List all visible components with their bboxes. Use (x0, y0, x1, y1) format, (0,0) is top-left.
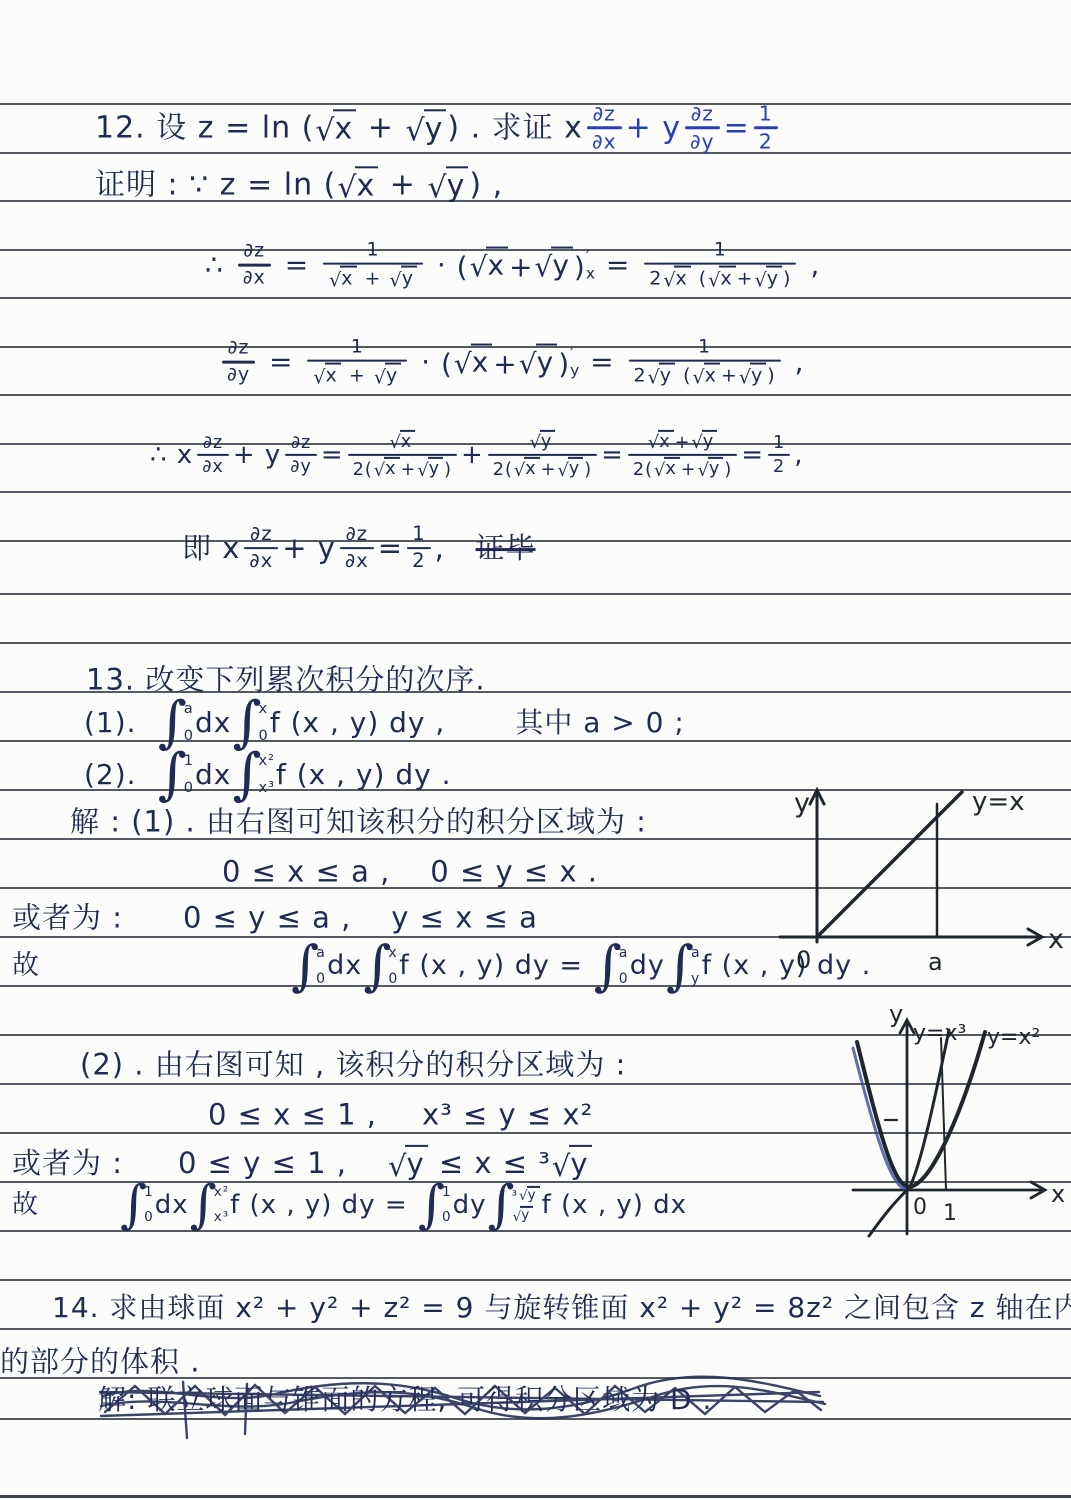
txt-segment: + (681, 460, 697, 480)
den-segment: 2√x (√x+√y) (644, 266, 796, 290)
ihi-segment: 1 (144, 1186, 154, 1200)
num-segment: 1 (407, 523, 431, 546)
ilo-segment: 0 (442, 1211, 452, 1225)
q13-sol1-region2: 或者为 :0 ≤ y ≤ a ,y ≤ x ≤ a (12, 901, 538, 936)
sqrt-segment: √y (405, 109, 446, 146)
den-segment: ∂x (197, 457, 229, 477)
curve-label-y-equals-x3: y=x³ (913, 1021, 966, 1046)
q12-conclusion: 即 x∂z∂x+ y∂z∂x=12, 证毕 (182, 523, 536, 573)
ilo-segment: 0 (619, 972, 629, 986)
frac-segment: ∂z∂x (340, 523, 374, 573)
frac-segment: 1√x + √y (323, 240, 423, 291)
frac-segment: ∂z∂y (285, 432, 317, 477)
ilims-segment: x²x³ (214, 1183, 229, 1227)
txt-segment: f (x , y) dy . (276, 758, 452, 792)
txt-segment: 或者为 : (12, 901, 123, 936)
ssbase-segment: (√x+√y) (441, 343, 570, 381)
ilo-segment: 0 (388, 972, 398, 986)
one-tick-label: 1 (943, 1201, 957, 1226)
rsign-segment: √ (405, 117, 425, 147)
rsign-segment: √ (337, 174, 357, 204)
ssbase-segment: (√x+√y) (457, 246, 586, 284)
txt-segment: 2( (353, 460, 373, 480)
txt-segment: + (358, 269, 389, 291)
txt-segment: 2 (649, 269, 662, 291)
ilo-segment: 0 (184, 781, 194, 796)
rad-segment: y (540, 430, 555, 453)
q12-proof-given: 证明 : ∵ z = ln (√x + √y) , (95, 166, 503, 203)
ihi-segment: 1 (442, 1186, 452, 1200)
q13-sol2-region1: 0 ≤ x ≤ 1 ,x³ ≤ y ≤ x² (208, 1098, 593, 1133)
ilo-segment: y (691, 972, 701, 986)
fbar-segment (488, 454, 597, 457)
txt-segment: ) (558, 347, 570, 380)
txt-segment: , (800, 248, 820, 282)
rad-segment: x (664, 457, 679, 480)
txt-segment: f (x , y) dy = (230, 1189, 417, 1220)
sqrt-segment: √x (470, 246, 508, 281)
q12-dzdy: ∂z∂y = 1√x + √y · (√x+√y)′y = 12√y (√x+√… (218, 337, 805, 388)
sqrt-segment: √x (389, 430, 415, 453)
txt-segment: dx (327, 950, 362, 982)
fbar-segment (629, 359, 781, 362)
rad-segment: y (766, 266, 782, 290)
txt-segment: · (427, 248, 457, 282)
origin-label: 0 (796, 946, 811, 974)
fbar-segment (628, 454, 737, 457)
num-segment: 1 (361, 240, 384, 262)
origin-label: 0 (913, 1195, 927, 1220)
txt-segment: dy (453, 1189, 487, 1220)
a-tick-label: a (928, 948, 943, 976)
fbar-segment (348, 454, 457, 457)
rad-segment: y (520, 1206, 533, 1224)
sqrt-segment: √x (315, 109, 356, 146)
frac-segment: 1√x + √y (307, 337, 407, 388)
rad-segment: x (400, 430, 415, 453)
rad-segment: x (471, 343, 493, 378)
notebook-page: 12. 设 z = ln (√x + √y) . 求证 x∂z∂x+ y∂z∂y… (0, 0, 1071, 1500)
txt-segment: 0 ≤ x ≤ 1 , (208, 1098, 377, 1133)
frac-segment: 12√x (√x+√y) (644, 240, 796, 291)
rad-segment: x (524, 457, 539, 480)
sqrt-segment: √y (374, 363, 401, 387)
den-segment: ∂x (587, 130, 622, 153)
q13-item2: (2).∫10dx∫x²x³f (x , y) dy . (84, 751, 452, 799)
int-segment: ∫10 (158, 751, 194, 799)
x-axis-label: x (1048, 924, 1064, 955)
txt-segment: , (785, 345, 805, 379)
frac-segment: ∂z∂y (685, 102, 720, 153)
txt-segment: ) . 求证 x (447, 110, 583, 146)
txt-segment: 证明 : ∵ z = ln ( (95, 167, 336, 203)
diagram-region-y-equals-x: y x 0 a y=x (772, 782, 1068, 982)
ilims-segment: 10 (184, 751, 194, 799)
int-segment: ∫a0 (594, 943, 629, 989)
frac-segment: 12 (754, 102, 778, 153)
txt-segment: ( (441, 347, 453, 380)
txt-segment: (2) . 由右图可知 , 该积分的积分区域为 : (80, 1048, 626, 1083)
txt-segment: = (321, 439, 344, 470)
diagram-region-x3-x2: y x 0 1 y=x³ y=x² (845, 1008, 1071, 1240)
sqrt-segment: √x (329, 266, 356, 290)
frac-segment: ∂z∂x (238, 241, 271, 289)
txt-segment: (1). (84, 706, 137, 740)
q13-sol2-intro: (2) . 由右图可知 , 该积分的积分区域为 : (80, 1048, 626, 1083)
num-segment: 1 (768, 432, 790, 452)
q13-item1: (1).∫a0dx∫x0f (x , y) dy ,其中 a > 0 ; (84, 699, 685, 747)
txt-segment: ) (444, 460, 452, 480)
fbar-segment (307, 359, 407, 362)
num-segment: 1 (754, 102, 778, 125)
txt-segment: ) (724, 460, 732, 480)
rad-segment: x (486, 246, 508, 281)
txt-segment: (2). (84, 758, 137, 792)
num-segment: ∂z (686, 102, 719, 125)
rad-segment: y (750, 363, 766, 387)
den-segment: ∂x (340, 550, 374, 573)
txt-segment: = (601, 439, 624, 470)
txt-segment: + (461, 439, 484, 470)
ssstack-segment: ′y (570, 345, 580, 378)
curve-label-y-equals-x: y=x (972, 787, 1025, 817)
ssdn-segment: x (586, 265, 596, 281)
txt-segment: dx (195, 758, 231, 792)
rad-segment: x (325, 363, 341, 387)
num-segment: ∂z (223, 338, 255, 360)
ihi-segment: x (259, 702, 269, 717)
num-segment: ∂z (341, 523, 374, 546)
rad-segment: y (424, 109, 447, 146)
txt-segment: ( (457, 250, 469, 283)
sqrt-segment: √y (513, 1206, 534, 1224)
sqrt-segment: √x (337, 166, 378, 203)
rad-segment: y (569, 1145, 591, 1181)
ruled-line (0, 1279, 1071, 1281)
ruled-line (0, 1495, 1071, 1498)
txt-segment: + (721, 366, 738, 388)
txt-segment: 14. 求由球面 x² + y² + z² = 9 与旋转锥面 x² + y² … (52, 1291, 1071, 1325)
sqrt-segment: √y (417, 457, 443, 480)
rsign-segment: √ (427, 174, 447, 204)
sqrt-segment: √x (514, 457, 540, 480)
txt-segment: + (509, 250, 533, 283)
ruled-line (0, 394, 1071, 396)
txt-segment: + (342, 366, 373, 388)
q13-sol2-result: 故∫10dx∫x²x³f (x , y) dy = ∫10dy∫³√y√yf (… (12, 1183, 687, 1227)
txt-segment: ∴ (205, 248, 234, 282)
rad-segment: y (702, 430, 717, 453)
txt-segment: 故 (12, 950, 40, 982)
txt-segment: 12. 设 z = ln ( (95, 110, 314, 146)
q13-sol1-result: 故∫a0dx∫x0f (x , y) dy = ∫a0dy∫ayf (x , y… (12, 943, 871, 989)
sqrt-segment: √x (708, 266, 735, 290)
frac-segment: 12 (768, 432, 790, 477)
ilo-segment: x³ (214, 1211, 229, 1225)
sqrt-segment: √y (530, 430, 556, 453)
ilims-segment: a0 (316, 943, 326, 989)
txt-segment: + (737, 269, 754, 291)
txt-segment: = (275, 248, 319, 282)
rad-segment: y (428, 457, 443, 480)
ihi-segment: a (316, 946, 326, 960)
frac-segment: 12 (407, 523, 431, 573)
num-segment: ∂z (245, 523, 278, 546)
txt-segment: + y (233, 439, 281, 470)
q13-title: 13. 改变下列累次积分的次序. (86, 663, 486, 698)
ihi-segment: 1 (184, 754, 194, 769)
scribble-strikeout (95, 1372, 855, 1442)
sqrt-segment: √y (390, 266, 417, 290)
sqrt-segment: √y (557, 457, 583, 480)
txt-segment: dx (155, 1189, 189, 1220)
int-segment: ∫x²x³ (190, 1183, 230, 1227)
txt-segment: 故 (12, 1189, 39, 1220)
q13-sol1-region1: 0 ≤ x ≤ a ,0 ≤ y ≤ x . (222, 855, 598, 890)
sqrt-segment: √y (427, 166, 468, 203)
rad-segment: y (659, 363, 675, 387)
sqrt-segment: √y (755, 266, 782, 290)
rad-segment: x (719, 266, 735, 290)
den-segment: ∂y (685, 130, 720, 153)
txt-segment: ) (574, 250, 586, 283)
ilims-segment: a0 (184, 699, 194, 747)
rad-segment: y (551, 246, 573, 281)
rad-segment: y (708, 457, 723, 480)
den-segment: ∂y (222, 364, 255, 386)
int-segment: ∫x²x³ (232, 751, 275, 799)
ihi-segment: ³√y (512, 1186, 541, 1204)
sqrt-segment: √y (534, 246, 572, 281)
txt-segment: dx (195, 706, 231, 740)
txt-segment: + y (282, 531, 336, 566)
txt-segment: f (x , y) dy = (399, 950, 592, 982)
frac-segment: √y2(√x+√y) (488, 430, 597, 480)
txt-segment: 0 ≤ x ≤ a , (222, 855, 390, 890)
num-segment: ∂z (238, 241, 270, 263)
ssdn-segment: y (570, 362, 580, 378)
num-segment: √x+√y (642, 430, 723, 453)
frac-segment: √x+√y2(√x+√y) (628, 430, 737, 480)
num-segment: 1 (709, 240, 732, 262)
frac-segment: ∂z∂x (197, 432, 229, 477)
rad-segment: x (704, 363, 720, 387)
ss-segment: (√x+√y)′y (441, 343, 580, 381)
txt-segment: ( (676, 366, 691, 388)
x-axis-label: x (1051, 1180, 1065, 1208)
txt-segment: 解 : (1) . 由右图可知该积分的积分区域为 : (70, 805, 647, 840)
int-segment: ∫x0 (363, 943, 398, 989)
sqrt-segment: √x (693, 363, 720, 387)
sqrt-segment: √x (654, 457, 680, 480)
fbar-segment (197, 454, 229, 457)
rad-segment: x (333, 109, 356, 146)
curve-label-y-equals-x2: y=x² (987, 1025, 1040, 1050)
fbar-segment (768, 454, 790, 457)
frac-segment: ∂z∂y (222, 338, 255, 386)
txt-segment: ) , (469, 167, 503, 203)
curve-y-equals-x2-blue-stroke (853, 1048, 906, 1189)
ihi-segment: a (619, 946, 629, 960)
txt-segment: ) (767, 366, 775, 388)
y-axis-label: y (889, 1008, 903, 1028)
ruled-line (0, 491, 1071, 493)
rad-segment: x (355, 166, 378, 203)
sqrt-segment: √y (648, 363, 675, 387)
sqrt-segment: √x (374, 457, 400, 480)
ilims-segment: ay (691, 943, 701, 989)
q14-statement: 14. 求由球面 x² + y² + z² = 9 与旋转锥面 x² + y² … (52, 1291, 1071, 1325)
ihi-segment: x² (259, 754, 275, 769)
txt-segment: + (493, 347, 517, 380)
txt-segment: 或者为 : (12, 1146, 123, 1181)
den-segment: 2 (754, 130, 778, 153)
txt-segment: = (259, 345, 303, 379)
txt-segment: ( (692, 269, 707, 291)
int-segment: ∫³√y√y (487, 1183, 540, 1227)
int-segment: ∫10 (418, 1183, 452, 1227)
ruled-line (0, 297, 1071, 299)
sqrt-segment: √y (519, 1186, 540, 1204)
sqrt-segment: √y (552, 1145, 592, 1181)
txt-segment: ³ (512, 1190, 518, 1204)
num-segment: 1 (693, 337, 716, 359)
txt-segment: dy (630, 950, 665, 982)
txt-segment: + (401, 460, 417, 480)
txt-segment: 2( (493, 460, 513, 480)
txt-segment: + (379, 167, 426, 203)
num-segment: ∂z (286, 432, 316, 452)
txt-segment: , (794, 439, 803, 470)
den-segment: ∂x (244, 550, 278, 573)
ilo-segment: 0 (144, 1211, 154, 1225)
rad-segment: y (568, 457, 583, 480)
txt-segment: 0 ≤ y ≤ x . (430, 855, 598, 890)
line-y-equals-x (817, 792, 962, 937)
sqrt-segment: √y (519, 343, 557, 378)
num-segment: √x (383, 430, 421, 453)
txt-segment: + y (626, 110, 681, 146)
sqrt-segment: √y (739, 363, 766, 387)
txt-segment: = (580, 345, 624, 379)
rad-segment: y (401, 266, 417, 290)
rad-segment: x (658, 430, 673, 453)
num-segment: √y (524, 430, 562, 453)
txt-segment: f (x , y) dy , (270, 706, 446, 740)
curve-y-equals-x2 (857, 1032, 985, 1187)
txt-segment: · (411, 345, 441, 379)
txt-segment: ) (584, 460, 592, 480)
rad-segment: y (385, 363, 401, 387)
ssstack-segment: ′x (586, 248, 596, 281)
ssup-segment: ′ (570, 345, 580, 361)
den-segment: √x + √y (307, 363, 407, 387)
q13-sol1-intro: 解 : (1) . 由右图可知该积分的积分区域为 : (70, 805, 647, 840)
txt-segment: ∴ x (150, 439, 193, 470)
ilims-segment: x0 (259, 699, 269, 747)
ilo-segment: x³ (259, 781, 275, 796)
frac-segment: ∂z∂x (587, 102, 622, 153)
txt-segment: 证毕 (476, 531, 536, 566)
ilims-segment: ³√y√y (512, 1183, 541, 1227)
int-segment: ∫x0 (232, 699, 268, 747)
ssup-segment: ′ (586, 248, 596, 264)
sqrt-segment: √x (663, 266, 690, 290)
rad-segment: x (674, 266, 690, 290)
ruled-line (0, 593, 1071, 595)
int-segment: ∫a0 (158, 699, 194, 747)
int-segment: ∫10 (120, 1183, 154, 1227)
txt-segment: = (378, 531, 403, 566)
rad-segment: y (446, 166, 469, 203)
num-segment: ∂z (588, 102, 621, 125)
fbar-segment (285, 454, 317, 457)
ilims-segment: 10 (144, 1183, 154, 1227)
ihi-segment: a (691, 946, 701, 960)
frac-segment: √x2(√x+√y) (348, 430, 457, 480)
num-segment: 1 (346, 337, 369, 359)
txt-segment: ) (783, 269, 791, 291)
txt-segment: + (357, 110, 404, 146)
sqrt-segment: √x (454, 343, 492, 378)
ss-segment: (√x+√y)′x (457, 246, 596, 284)
txt-segment: + (541, 460, 557, 480)
rad-segment: x (384, 457, 399, 480)
ilo-segment: 0 (316, 972, 326, 986)
txt-segment: y ≤ x ≤ a (391, 901, 538, 936)
txt-segment: 13. 改变下列累次积分的次序. (86, 663, 486, 698)
sqrt-segment: √y (698, 457, 724, 480)
ihi-segment: x (388, 946, 398, 960)
txt-segment: 2 (634, 366, 647, 388)
num-segment: ∂z (198, 432, 228, 452)
rad-segment: x (340, 266, 356, 290)
txt-segment: 2( (633, 460, 653, 480)
int-segment: ∫ay (666, 943, 701, 989)
txt-segment: 即 x (182, 531, 240, 566)
q12-combine: ∴ x∂z∂x+ y∂z∂y=√x2(√x+√y)+√y2(√x+√y)=√x+… (150, 430, 804, 480)
ilims-segment: x0 (388, 943, 398, 989)
fbar-segment (644, 262, 796, 265)
fbar-segment (323, 262, 423, 265)
frac-segment: ∂z∂x (244, 523, 278, 573)
rad-segment: y (527, 1186, 540, 1204)
ilo-segment: √y (512, 1206, 541, 1224)
rsign-segment: √ (315, 117, 335, 147)
q12-dzdx: ∴ ∂z∂x = 1√x + √y · (√x+√y)′x = 12√x (√x… (205, 240, 820, 291)
den-segment: ∂x (238, 267, 271, 289)
y-axis-label: y (794, 788, 810, 819)
txt-segment: f (x , y) dx (542, 1189, 687, 1220)
den-segment: 2√y (√x+√y) (629, 363, 781, 387)
den-segment: 2 (407, 550, 431, 573)
q12-statement: 12. 设 z = ln (√x + √y) . 求证 x∂z∂x+ y∂z∂y… (95, 102, 782, 153)
ilims-segment: x²x³ (259, 751, 275, 799)
sqrt-segment: √y (691, 430, 717, 453)
den-segment: 2(√x+√y) (628, 457, 737, 480)
txt-segment: + (675, 432, 691, 452)
den-segment: 2 (768, 457, 790, 477)
den-segment: √x + √y (323, 266, 423, 290)
txt-segment: 0 ≤ y ≤ a , (183, 901, 351, 936)
txt-segment: 其中 a > 0 ; (515, 706, 684, 740)
ihi-segment: x² (214, 1186, 229, 1200)
txt-segment: x³ ≤ y ≤ x² (422, 1098, 593, 1133)
frac-segment: 12√y (√x+√y) (629, 337, 781, 388)
txt-segment: = (724, 110, 750, 146)
ihi-segment: a (184, 702, 194, 717)
ilims-segment: a0 (619, 943, 629, 989)
